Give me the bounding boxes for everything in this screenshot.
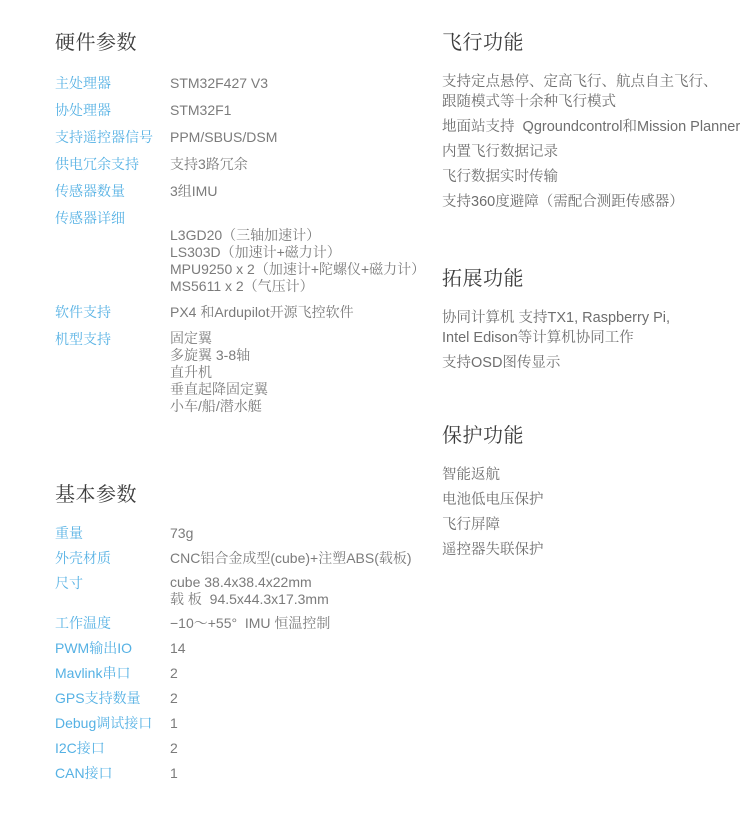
feature-section-2: 保护功能 智能返航电池低电压保护飞行屏障遥控器失联保护	[442, 421, 750, 560]
spec-label: 重量	[55, 524, 170, 543]
spec-values: 支持3路冗余	[170, 155, 248, 174]
spec-row-basic-2: 尺寸 cube 38.4x38.4x22mm载 板 94.5x44.3x17.3…	[55, 574, 451, 608]
spec-label: 支持遥控器信号	[55, 128, 170, 147]
spec-value: 2	[170, 689, 178, 708]
spec-values: 2	[170, 739, 178, 758]
spec-label: Mavlink串口	[55, 664, 170, 683]
spec-label: 传感器数量	[55, 182, 170, 201]
spec-row-hardware-5: 传感器详细 L3GD20（三轴加速计）LS303D（加速计+磁力计）MPU925…	[55, 209, 451, 295]
feature-item: 支持定点悬停、定高飞行、航点自主飞行、 跟随模式等十余种飞行模式	[442, 72, 750, 112]
feature-section-title-1: 拓展功能	[442, 264, 750, 294]
spec-values: 1	[170, 714, 178, 733]
feature-item: 电池低电压保护	[442, 490, 750, 510]
spec-label: Debug调试接口	[55, 714, 170, 733]
spec-value: 1	[170, 714, 178, 733]
spec-values: L3GD20（三轴加速计）LS303D（加速计+磁力计）MPU9250 x 2（…	[170, 209, 425, 295]
spec-value: STM32F1	[170, 101, 231, 120]
feature-items: 支持定点悬停、定高飞行、航点自主飞行、 跟随模式等十余种飞行模式地面站支持 Qg…	[442, 72, 750, 212]
spec-value: 多旋翼 3-8轴	[170, 347, 268, 364]
spec-values: STM32F427 V3	[170, 74, 268, 93]
spec-value: −10～+55° IMU 恒温控制	[170, 614, 330, 633]
spec-values: 2	[170, 664, 178, 683]
left-column: 硬件参数 主处理器 STM32F427 V3 协处理器 STM32F1 支持遥控…	[55, 0, 451, 789]
spec-value: 3组IMU	[170, 182, 217, 201]
feature-item: 智能返航	[442, 465, 750, 485]
feature-section-title-2: 保护功能	[442, 421, 750, 451]
spec-row-basic-9: CAN接口 1	[55, 764, 451, 783]
section-title-hardware: 硬件参数	[55, 28, 451, 58]
spec-row-basic-5: Mavlink串口 2	[55, 664, 451, 683]
feature-item: 支持OSD图传显示	[442, 353, 750, 373]
spec-values: PX4 和Ardupilot开源飞控软件	[170, 303, 354, 322]
spec-value: 2	[170, 739, 178, 758]
spec-label: 传感器详细	[55, 209, 170, 228]
spec-values: 73g	[170, 524, 193, 543]
spec-label: 外壳材质	[55, 549, 170, 568]
spec-value: L3GD20（三轴加速计）	[170, 227, 425, 244]
basic-rows: 重量 73g 外壳材质 CNC铝合金成型(cube)+注塑ABS(载板) 尺寸 …	[55, 524, 451, 783]
spec-label: 协处理器	[55, 101, 170, 120]
spec-value: 1	[170, 764, 178, 783]
feature-item: 飞行数据实时传输	[442, 167, 750, 187]
spec-values: 固定翼多旋翼 3-8轴直升机垂直起降固定翼小车/船/潜水艇	[170, 330, 268, 415]
feature-item: 飞行屏障	[442, 515, 750, 535]
spec-values: −10～+55° IMU 恒温控制	[170, 614, 330, 633]
spec-label: 供电冗余支持	[55, 155, 170, 174]
spec-row-basic-7: Debug调试接口 1	[55, 714, 451, 733]
feature-items: 智能返航电池低电压保护飞行屏障遥控器失联保护	[442, 465, 750, 560]
spec-values: 2	[170, 689, 178, 708]
spec-values: PPM/SBUS/DSM	[170, 128, 277, 147]
spec-value: 直升机	[170, 364, 268, 381]
spec-values: cube 38.4x38.4x22mm载 板 94.5x44.3x17.3mm	[170, 574, 329, 608]
section-basic: 基本参数 重量 73g 外壳材质 CNC铝合金成型(cube)+注塑ABS(载板…	[55, 480, 451, 783]
spec-label: 工作温度	[55, 614, 170, 633]
section-hardware: 硬件参数 主处理器 STM32F427 V3 协处理器 STM32F1 支持遥控…	[55, 28, 451, 415]
spec-value: 73g	[170, 524, 193, 543]
spec-value: CNC铝合金成型(cube)+注塑ABS(载板)	[170, 549, 412, 568]
spec-values: STM32F1	[170, 101, 231, 120]
spec-value: PX4 和Ardupilot开源飞控软件	[170, 303, 354, 322]
spec-values: 1	[170, 764, 178, 783]
spec-value: 小车/船/潜水艇	[170, 398, 268, 415]
spec-value: MS5611 x 2（气压计）	[170, 278, 425, 295]
spec-row-basic-4: PWM输出IO 14	[55, 639, 451, 658]
spec-label: GPS支持数量	[55, 689, 170, 708]
spec-label: CAN接口	[55, 764, 170, 783]
spec-row-hardware-7: 机型支持 固定翼多旋翼 3-8轴直升机垂直起降固定翼小车/船/潜水艇	[55, 330, 451, 415]
spec-value: cube 38.4x38.4x22mm	[170, 574, 329, 591]
spec-row-hardware-3: 供电冗余支持 支持3路冗余	[55, 155, 451, 174]
spec-label: 软件支持	[55, 303, 170, 322]
feature-section-0: 飞行功能 支持定点悬停、定高飞行、航点自主飞行、 跟随模式等十余种飞行模式地面站…	[442, 28, 750, 212]
spec-value: 载 板 94.5x44.3x17.3mm	[170, 591, 329, 608]
spec-values: 14	[170, 639, 186, 658]
spec-row-hardware-2: 支持遥控器信号 PPM/SBUS/DSM	[55, 128, 451, 147]
hardware-rows: 主处理器 STM32F427 V3 协处理器 STM32F1 支持遥控器信号 P…	[55, 74, 451, 415]
spec-value: 固定翼	[170, 330, 268, 347]
spec-label: 尺寸	[55, 574, 170, 593]
feature-item: 协同计算机 支持TX1, Raspberry Pi, Intel Edison等…	[442, 308, 750, 348]
spec-row-hardware-0: 主处理器 STM32F427 V3	[55, 74, 451, 93]
feature-items: 协同计算机 支持TX1, Raspberry Pi, Intel Edison等…	[442, 308, 750, 373]
spec-value: 垂直起降固定翼	[170, 381, 268, 398]
spec-row-hardware-4: 传感器数量 3组IMU	[55, 182, 451, 201]
spec-row-hardware-1: 协处理器 STM32F1	[55, 101, 451, 120]
spec-value: MPU9250 x 2（加速计+陀螺仪+磁力计）	[170, 261, 425, 278]
spec-value: 2	[170, 664, 178, 683]
spec-row-basic-0: 重量 73g	[55, 524, 451, 543]
feature-item: 支持360度避障（需配合测距传感器）	[442, 192, 750, 212]
feature-item: 内置飞行数据记录	[442, 142, 750, 162]
feature-item: 遥控器失联保护	[442, 540, 750, 560]
spec-row-basic-1: 外壳材质 CNC铝合金成型(cube)+注塑ABS(载板)	[55, 549, 451, 568]
spec-row-basic-3: 工作温度 −10～+55° IMU 恒温控制	[55, 614, 451, 633]
spec-row-hardware-6: 软件支持 PX4 和Ardupilot开源飞控软件	[55, 303, 451, 322]
feature-section-title-0: 飞行功能	[442, 28, 750, 58]
spec-row-basic-8: I2C接口 2	[55, 739, 451, 758]
right-column: 飞行功能 支持定点悬停、定高飞行、航点自主飞行、 跟随模式等十余种飞行模式地面站…	[442, 0, 750, 565]
spec-row-basic-6: GPS支持数量 2	[55, 689, 451, 708]
spec-value: LS303D（加速计+磁力计）	[170, 244, 425, 261]
feature-section-1: 拓展功能 协同计算机 支持TX1, Raspberry Pi, Intel Ed…	[442, 264, 750, 373]
spec-values: CNC铝合金成型(cube)+注塑ABS(载板)	[170, 549, 412, 568]
spec-label: I2C接口	[55, 739, 170, 758]
spec-value: PPM/SBUS/DSM	[170, 128, 277, 147]
spec-label: 主处理器	[55, 74, 170, 93]
spec-label: PWM输出IO	[55, 639, 170, 658]
spec-value: 14	[170, 639, 186, 658]
spec-value: STM32F427 V3	[170, 74, 268, 93]
spec-values: 3组IMU	[170, 182, 217, 201]
spec-label: 机型支持	[55, 330, 170, 349]
feature-item: 地面站支持 Qgroundcontrol和Mission Planner	[442, 117, 750, 137]
spec-value: 支持3路冗余	[170, 155, 248, 174]
section-title-basic: 基本参数	[55, 480, 451, 510]
